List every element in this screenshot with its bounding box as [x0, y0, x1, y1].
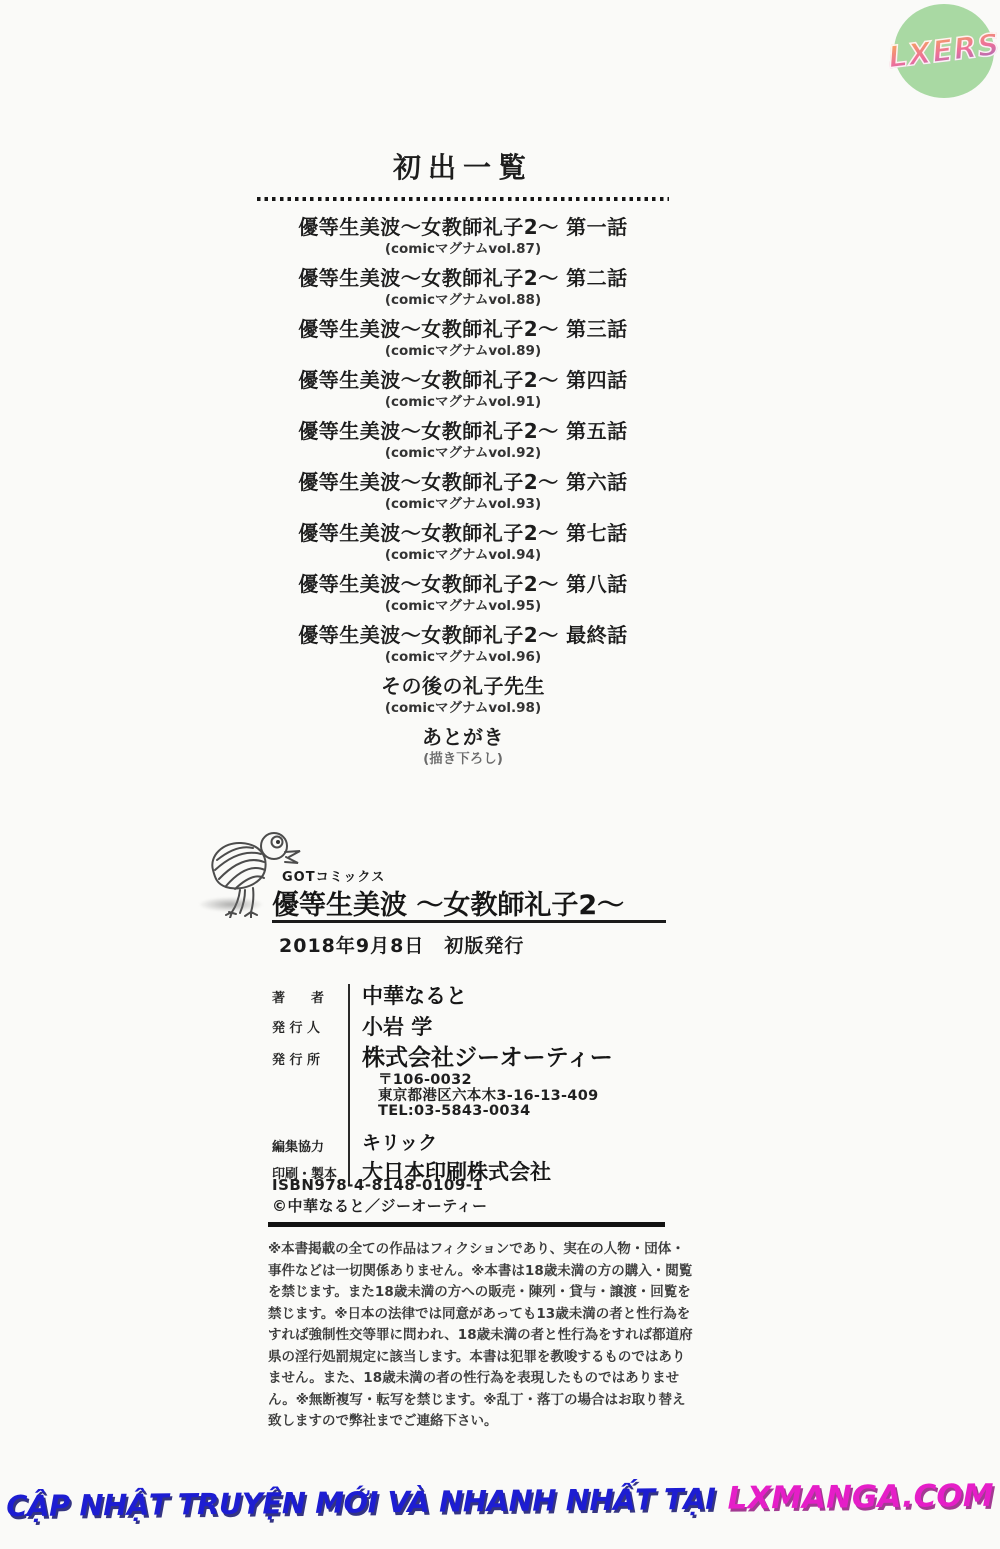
dotted-divider — [257, 197, 669, 201]
isbn: ISBN978-4-8148-0109-1 — [272, 1175, 488, 1196]
copyright: ©中華なると／ジーオーティー — [272, 1196, 488, 1217]
credits-row-author: 著 者 中華なると — [272, 981, 692, 1011]
phone-number: TEL:03-5843-0034 — [378, 1104, 613, 1120]
list-item: 優等生美波～女教師礼子2～ 第三話 (comicマグナムvol.89) — [0, 316, 926, 360]
credits-row-editor: 編集協力 キリック — [272, 1130, 692, 1157]
section-title: 初出一覧 — [0, 146, 926, 186]
list-item: 優等生美波～女教師礼子2～ 第一話 (comicマグナムvol.87) — [0, 214, 926, 258]
entry-source: (comicマグナムvol.96) — [0, 648, 926, 666]
entry-title: あとがき — [0, 724, 926, 750]
list-item: あとがき (描き下ろし) — [0, 724, 926, 768]
credits-label: 著 者 — [272, 981, 342, 1006]
street-address: 東京都港区六本木3-16-13-409 — [378, 1089, 613, 1105]
entry-title: 優等生美波～女教師礼子2～ 第八話 — [0, 571, 926, 597]
entry-title: 優等生美波～女教師礼子2～ 第七話 — [0, 520, 926, 546]
disclaimer-text: ※本書掲載の全ての作品はフィクションであり、実在の人物・団体・事件などは一切関係… — [268, 1239, 694, 1433]
list-item: 優等生美波～女教師礼子2～ 第四話 (comicマグナムvol.91) — [0, 367, 926, 411]
lxers-logo: LXERS — [894, 4, 994, 98]
entry-title: その後の礼子先生 — [0, 673, 926, 699]
entry-source: (comicマグナムvol.94) — [0, 546, 926, 564]
entry-source: (comicマグナムvol.93) — [0, 495, 926, 513]
credits-value: 株式会社ジーオーティー — [342, 1043, 613, 1073]
entry-title: 優等生美波～女教師礼子2～ 第三話 — [0, 316, 926, 342]
entry-source: (comicマグナムvol.88) — [0, 291, 926, 309]
credits-label: 発 行 人 — [272, 1011, 342, 1036]
list-item: 優等生美波～女教師礼子2～ 第二話 (comicマグナムvol.88) — [0, 265, 926, 309]
disclaimer-top-rule — [268, 1222, 665, 1227]
list-item: 優等生美波～女教師礼子2～ 第六話 (comicマグナムvol.93) — [0, 469, 926, 513]
list-item: 優等生美波～女教師礼子2～ 第五話 (comicマグナムvol.92) — [0, 418, 926, 462]
entry-title: 優等生美波～女教師礼子2～ 第四話 — [0, 367, 926, 393]
postal-code: 〒106-0032 — [378, 1073, 613, 1089]
entry-title: 優等生美波～女教師礼子2～ 最終話 — [0, 622, 926, 648]
entry-source: (comicマグナムvol.92) — [0, 444, 926, 462]
entry-source: (comicマグナムvol.91) — [0, 393, 926, 411]
edition-date: 2018年9月8日 初版発行 — [279, 931, 524, 958]
entry-title: 優等生美波～女教師礼子2～ 第二話 — [0, 265, 926, 291]
entry-source: (comicマグナムvol.89) — [0, 342, 926, 360]
entry-title: 優等生美波～女教師礼子2～ 第五話 — [0, 418, 926, 444]
footer-site-name: LXMANGA.COM — [727, 1478, 994, 1517]
footer-banner: CẬP NHẬT TRUYỆN MỚI VÀ NHANH NHẤT TẠILXM… — [0, 1478, 1000, 1524]
entry-source: (comicマグナムvol.87) — [0, 240, 926, 258]
list-item: 優等生美波～女教師礼子2～ 最終話 (comicマグナムvol.96) — [0, 622, 926, 666]
credits-value: キリック — [342, 1130, 437, 1157]
credits-table: 著 者 中華なると 発 行 人 小岩 学 発 行 所 株式会社ジーオーティー 〒… — [272, 981, 692, 1187]
entry-source: (comicマグナムvol.98) — [0, 699, 926, 717]
book-title: 優等生美波 ～女教師礼子2～ — [272, 883, 624, 922]
credits-label: 編集協力 — [272, 1130, 342, 1155]
list-item: 優等生美波～女教師礼子2～ 第七話 (comicマグナムvol.94) — [0, 520, 926, 564]
entry-title: 優等生美波～女教師礼子2～ 第六話 — [0, 469, 926, 495]
publisher-address: 〒106-0032 東京都港区六本木3-16-13-409 TEL:03-584… — [342, 1073, 613, 1120]
entry-title: 優等生美波～女教師礼子2～ 第一話 — [0, 214, 926, 240]
list-item: 優等生美波～女教師礼子2～ 第八話 (comicマグナムvol.95) — [0, 571, 926, 615]
credits-divider-line — [348, 984, 350, 1185]
credits-label: 発 行 所 — [272, 1043, 342, 1068]
credits-row-issuer: 発 行 人 小岩 学 — [272, 1011, 692, 1043]
entry-source: (描き下ろし) — [0, 750, 926, 768]
credits-row-publisher: 発 行 所 株式会社ジーオーティー 〒106-0032 東京都港区六本木3-16… — [272, 1043, 692, 1120]
title-underline — [272, 920, 666, 923]
entry-source: (comicマグナムvol.95) — [0, 597, 926, 615]
credits-value: 小岩 学 — [342, 1011, 432, 1043]
first-publication-section: 初出一覧 優等生美波～女教師礼子2～ 第一話 (comicマグナムvol.87)… — [0, 146, 926, 775]
lxers-logo-text: LXERS — [886, 27, 1000, 75]
colophon-page: LXERS 初出一覧 優等生美波～女教師礼子2～ 第一話 (comicマグナムv… — [0, 0, 1000, 1549]
list-item: その後の礼子先生 (comicマグナムvol.98) — [0, 673, 926, 717]
footer-message: CẬP NHẬT TRUYỆN MỚI VÀ NHANH NHẤT TẠI — [6, 1482, 716, 1523]
isbn-block: ISBN978-4-8148-0109-1 ©中華なると／ジーオーティー — [272, 1175, 488, 1217]
credits-value: 中華なると — [342, 981, 467, 1011]
bird-shadow — [198, 897, 264, 912]
